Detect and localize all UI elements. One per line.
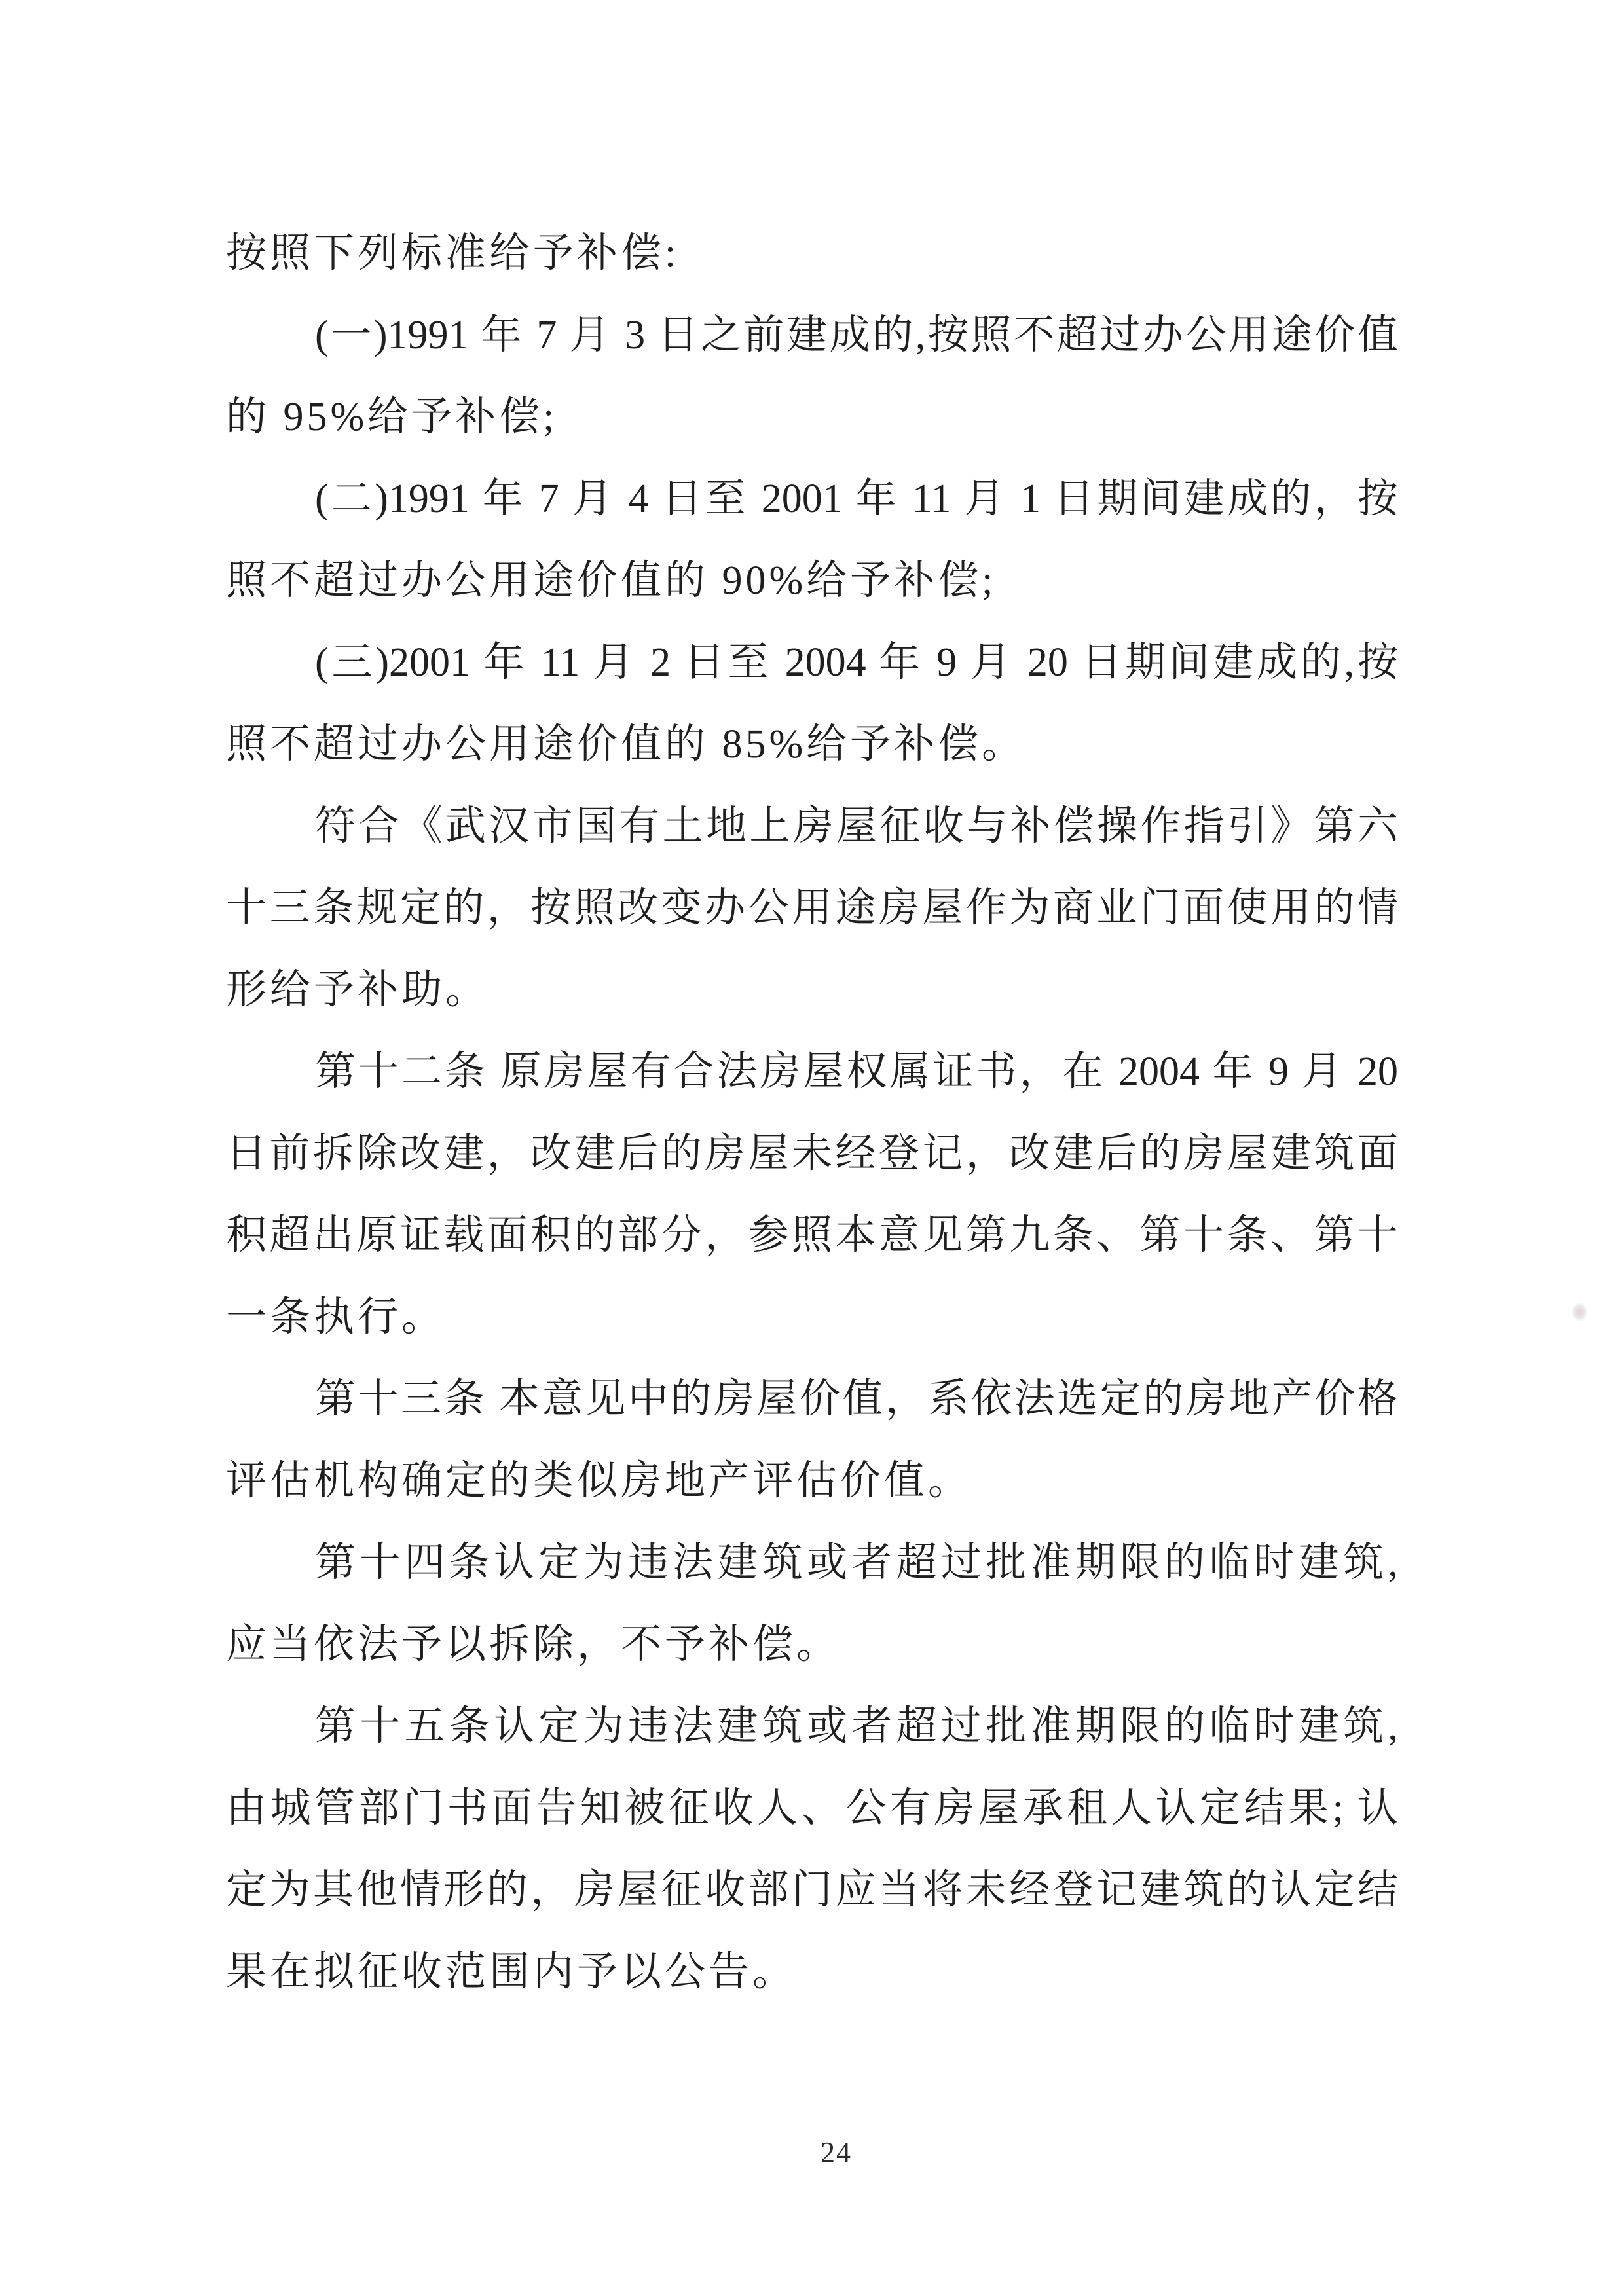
page-number: 24 (821, 2133, 852, 2172)
text-line: 第十二条 原房屋有合法房屋权属证书，在 2004 年 9 月 20 (226, 1031, 1398, 1113)
text-line: 照不超过办公用途价值的 90%给予补偿; (226, 540, 1398, 622)
text-line: 由城管部门书面告知被征收人、公有房屋承租人认定结果; 认 (226, 1768, 1398, 1850)
text-line: 按照下列标准给予补偿: (226, 213, 1398, 295)
text-line: 日前拆除改建，改建后的房屋未经登记，改建后的房屋建筑面 (226, 1113, 1398, 1195)
text-line: 评估机构确定的类似房地产评估价值。 (226, 1440, 1398, 1522)
text-line: 积超出原证载面积的部分，参照本意见第九条、第十条、第十 (226, 1195, 1398, 1277)
text-line: 一条执行。 (226, 1277, 1398, 1358)
text-line: 的 95%给予补偿; (226, 376, 1398, 458)
text-line: 照不超过办公用途价值的 85%给予补偿。 (226, 704, 1398, 786)
text-line: (一)1991 年 7 月 3 日之前建成的,按照不超过办公用途价值 (226, 295, 1398, 376)
text-line: (三)2001 年 11 月 2 日至 2004 年 9 月 20 日期间建成的… (226, 622, 1398, 704)
text-line: 定为其他情形的，房屋征收部门应当将未经登记建筑的认定结 (226, 1850, 1398, 1931)
text-line: 符合《武汉市国有土地上房屋征收与补偿操作指引》第六 (226, 786, 1398, 867)
scan-artifact (1572, 1303, 1587, 1321)
text-line: 第十三条 本意见中的房屋价值，系依法选定的房地产价格 (226, 1358, 1398, 1440)
document-body: 按照下列标准给予补偿:(一)1991 年 7 月 3 日之前建成的,按照不超过办… (226, 213, 1398, 2013)
text-line: 第十五条认定为违法建筑或者超过批准期限的临时建筑, (226, 1686, 1398, 1768)
document-page: 按照下列标准给予补偿:(一)1991 年 7 月 3 日之前建成的,按照不超过办… (0, 0, 1624, 2296)
text-line: (二)1991 年 7 月 4 日至 2001 年 11 月 1 日期间建成的，… (226, 458, 1398, 540)
text-line: 十三条规定的，按照改变办公用途房屋作为商业门面使用的情 (226, 867, 1398, 949)
text-line: 应当依法予以拆除，不予补偿。 (226, 1604, 1398, 1686)
text-line: 第十四条认定为违法建筑或者超过批准期限的临时建筑, (226, 1522, 1398, 1604)
text-line: 形给予补助。 (226, 949, 1398, 1031)
text-line: 果在拟征收范围内予以公告。 (226, 1931, 1398, 2013)
